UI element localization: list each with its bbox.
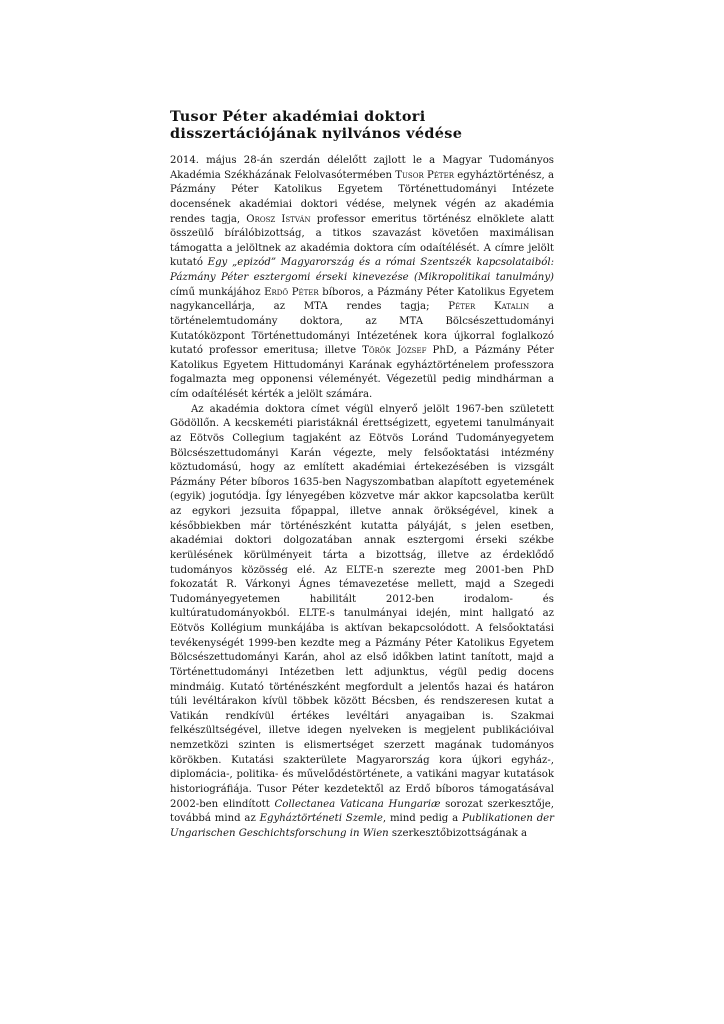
person-name: Tusor Péter: [395, 170, 454, 181]
paragraph-1: 2014. május 28-án szerdán délelőtt zajlo…: [170, 154, 554, 403]
person-name: Erdő Péter: [264, 287, 319, 298]
text-run: Az akadémia doktora címet végül elnyerő …: [170, 404, 554, 810]
document-page: Tusor Péter akadémiai doktori disszertác…: [0, 0, 724, 1024]
paragraph-2: Az akadémia doktora címet végül elnyerő …: [170, 403, 554, 842]
italic-title: Collectanea Vaticana Hungariæ: [275, 799, 441, 810]
text-run: , mind pedig a: [383, 813, 462, 824]
person-name: Péter Katalin: [448, 301, 529, 312]
person-name: Orosz István: [246, 214, 310, 225]
article-title: Tusor Péter akadémiai doktori disszertác…: [170, 108, 554, 142]
person-name: Török József: [362, 345, 426, 356]
italic-title: Egy „epizód” Magyarország és a római Sze…: [170, 257, 554, 283]
italic-title: Egyháztörténeti Szemle: [260, 813, 383, 824]
article: Tusor Péter akadémiai doktori disszertác…: [170, 108, 554, 841]
text-run: című munkájához: [170, 287, 264, 298]
text-run: szerkesztőbizottságának a: [389, 828, 527, 839]
